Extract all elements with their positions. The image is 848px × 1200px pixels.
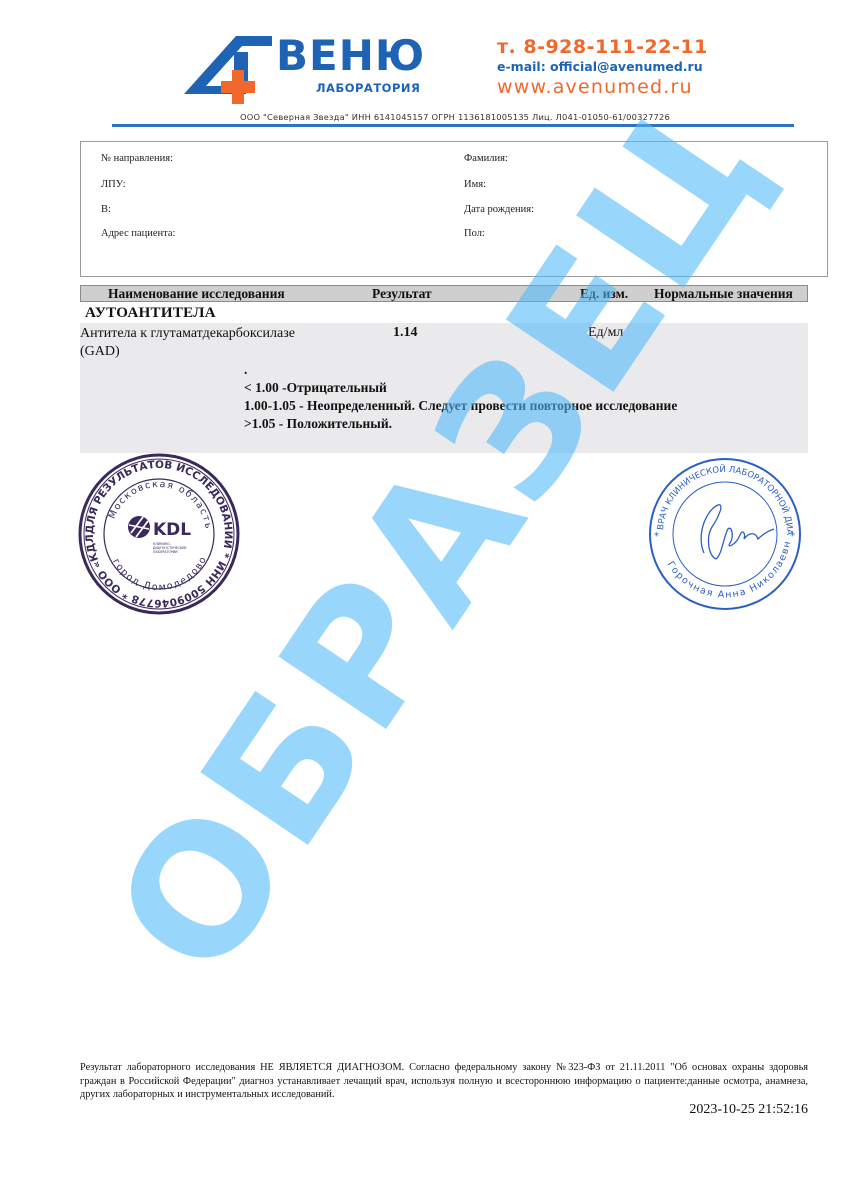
test-result-value: 1.14 [393, 325, 418, 341]
column-header-unit: Ед. изм. [580, 286, 628, 301]
column-header-test-name: Наименование исследования [108, 286, 285, 301]
v-label: В: [101, 204, 111, 215]
signature-icon [701, 505, 774, 559]
column-header-result: Результат [372, 286, 432, 301]
svg-text:ВРАЧ КЛИНИЧЕСКОЙ ЛАБОРАТОРНОЙ: ВРАЧ КЛИНИЧЕСКОЙ ЛАБОРАТОРНОЙ ДИАГНОСТИК… [646, 455, 794, 535]
letterhead: ВЕНЮ ЛАБОРАТОРИЯ т. 8-928-111-22-11 e-ma… [110, 28, 800, 130]
contact-phone: т. 8-928-111-22-11 [497, 36, 708, 58]
brand-name: ВЕНЮ [276, 34, 425, 78]
avenu-logo-icon [176, 32, 286, 104]
reference-line: 1.00-1.05 - Неопределенный. Следует пров… [244, 397, 677, 415]
report-timestamp: 2023-10-25 21:52:16 [689, 1102, 808, 1118]
lab-seal-icon: ДЛЯ РЕЗУЛЬТАТОВ ИССЛЕДОВАНИЙ * ИНН 50090… [78, 453, 240, 615]
reference-line: >1.05 - Положительный. [244, 415, 677, 433]
legal-details: ООО "Северная Звезда" ИНН 6141045157 ОГР… [110, 112, 800, 122]
sex-label: Пол: [464, 228, 485, 239]
surname-label: Фамилия: [464, 153, 508, 164]
referral-number-label: № направления: [101, 153, 173, 164]
birthdate-label: Дата рождения: [464, 204, 534, 215]
reference-ranges: . < 1.00 -Отрицательный 1.00-1.05 - Неоп… [244, 361, 677, 433]
svg-text:*: * [654, 531, 659, 542]
reference-line: < 1.00 -Отрицательный [244, 379, 677, 397]
lpu-label: ЛПУ: [101, 179, 126, 190]
patient-info-box: № направления: ЛПУ: В: Адрес пациента: Ф… [80, 141, 828, 277]
svg-text:KDL: KDL [153, 520, 191, 540]
svg-text:*: * [790, 531, 795, 542]
svg-text:ЛАБОРАТОРИИ: ЛАБОРАТОРИИ [153, 550, 178, 554]
disclaimer: Результат лабораторного исследования НЕ … [80, 1061, 808, 1102]
doctor-stamp: ВРАЧ КЛИНИЧЕСКОЙ ЛАБОРАТОРНОЙ ДИАГНОСТИК… [646, 455, 804, 613]
contacts: т. 8-928-111-22-11 e-mail: official@aven… [497, 36, 708, 99]
header-divider [112, 124, 794, 127]
doctor-seal-icon: ВРАЧ КЛИНИЧЕСКОЙ ЛАБОРАТОРНОЙ ДИАГНОСТИК… [646, 455, 804, 613]
first-name-label: Имя: [464, 179, 486, 190]
results-table-header: Наименование исследования Результат Ед. … [80, 285, 808, 302]
column-header-reference: Нормальные значения [654, 286, 793, 301]
contact-email: e-mail: official@avenumed.ru [497, 59, 708, 75]
lab-stamp: ДЛЯ РЕЗУЛЬТАТОВ ИССЛЕДОВАНИЙ * ИНН 50090… [78, 453, 240, 615]
test-unit: Ед/мл [588, 325, 623, 341]
table-row: Антитела к глутаматдекарбоксилазе (GAD) … [80, 323, 808, 453]
test-name: Антитела к глутаматдекарбоксилазе (GAD) [80, 325, 320, 361]
reference-line: . [244, 361, 677, 379]
svg-text:Горочная Анна Николаевна: Горочная Анна Николаевна [646, 455, 793, 601]
contact-website: www.avenumed.ru [497, 75, 708, 99]
test-group-title: АУТОАНТИТЕЛА [85, 305, 216, 322]
brand-subtitle: ЛАБОРАТОРИЯ [316, 81, 420, 95]
brand-logo: ВЕНЮ ЛАБОРАТОРИЯ [176, 32, 446, 102]
patient-address-label: Адрес пациента: [101, 228, 175, 239]
